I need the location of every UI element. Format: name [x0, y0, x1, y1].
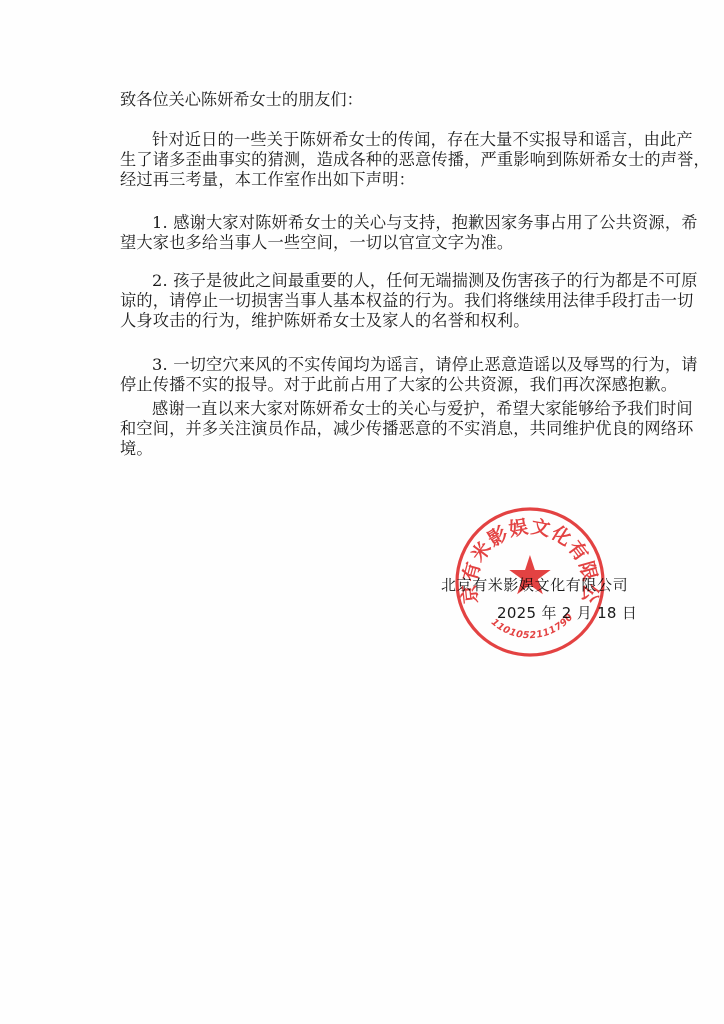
paragraph-point-2-line: 人身攻击的行为，维护陈妍希女士及家人的名誉和权利。: [120, 311, 614, 331]
seal-number: 1101052111790: [489, 612, 576, 642]
paragraph-closing-line: 境。: [120, 439, 614, 459]
paragraph-point-3-line: 停止传播不实的报导。对于此前占用了大家的公共资源，我们再次深感抱歉。: [120, 375, 614, 395]
paragraph-point-1-line: 望大家也多给当事人一些空间，一切以官宣文字为准。: [120, 233, 614, 253]
paragraph-intro-line: 针对近日的一些关于陈妍希女士的传闻，存在大量不实报导和谣言，由此产: [152, 130, 614, 150]
company-seal-stamp: 北京有米影娱文化有限公司 ★ 1101052111790: [452, 504, 608, 660]
salutation: 致各位关心陈妍希女士的朋友们：: [120, 90, 363, 110]
star-icon: ★: [506, 544, 554, 607]
paragraph-intro-line: 经过再三考量，本工作室作出如下声明：: [120, 170, 614, 190]
document-page: 致各位关心陈妍希女士的朋友们： 针对近日的一些关于陈妍希女士的传闻，存在大量不实…: [0, 0, 724, 1024]
paragraph-intro-line: 生了诸多歪曲事实的猜测，造成各种的恶意传播，严重影响到陈妍希女士的声誉，: [120, 150, 614, 170]
paragraph-point-1-line: 1. 感谢大家对陈妍希女士的关心与支持，抱歉因家务事占用了公共资源，希: [152, 213, 614, 233]
paragraph-point-2-line: 2. 孩子是彼此之间最重要的人，任何无端揣测及伤害孩子的行为都是不可原: [152, 271, 614, 291]
paragraph-point-2-line: 谅的，请停止一切损害当事人基本权益的行为。我们将继续用法律手段打击一切: [120, 291, 614, 311]
paragraph-point-3-line: 3. 一切空穴来风的不实传闻均为谣言，请停止恶意造谣以及辱骂的行为，请: [152, 355, 614, 375]
paragraph-closing-line: 感谢一直以来大家对陈妍希女士的关心与爱护，希望大家能够给予我们时间: [152, 399, 614, 419]
paragraph-closing-line: 和空间，并多关注演员作品，减少传播恶意的不实消息，共同维护优良的网络环: [120, 419, 614, 439]
